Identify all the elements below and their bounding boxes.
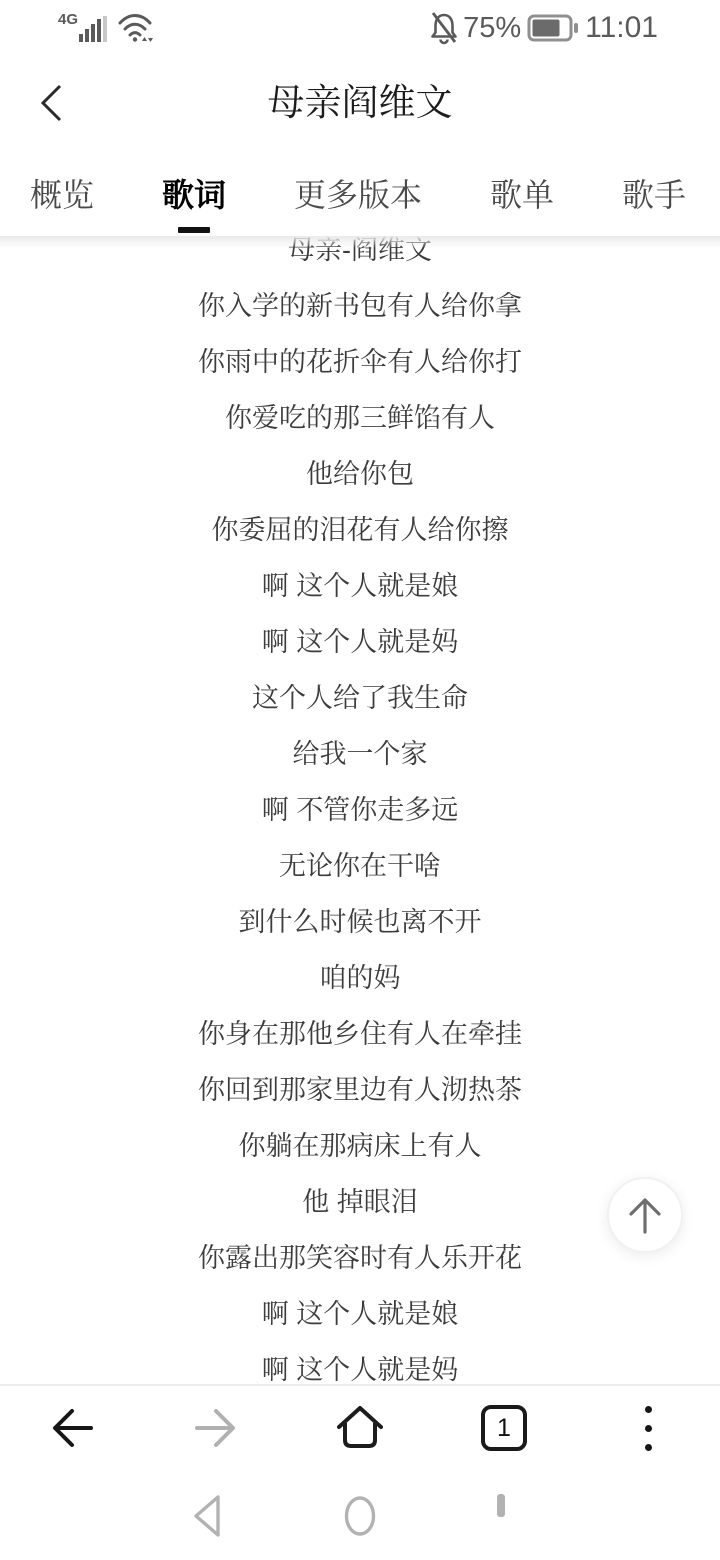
- cellular-signal-icon: [79, 10, 109, 44]
- lyric-line: 无论你在干啥: [0, 838, 720, 894]
- lyric-line: 你回到那家里边有人沏热茶: [0, 1062, 720, 1118]
- arrow-up-icon: [626, 1194, 664, 1236]
- tab-label: 歌单: [490, 170, 554, 216]
- arrow-right-icon: [193, 1407, 239, 1449]
- lyric-line: 啊 这个人就是妈: [0, 614, 720, 670]
- browser-toolbar: 1: [0, 1384, 720, 1470]
- tab-overview[interactable]: 概览: [30, 150, 94, 236]
- back-button[interactable]: [36, 82, 66, 124]
- tab-label: 概览: [30, 170, 94, 216]
- lyric-line: 到什么时候也离不开: [0, 894, 720, 950]
- lyric-line: 啊 不管你走多远: [0, 782, 720, 838]
- chevron-left-icon: [38, 82, 64, 124]
- lyric-line: 你入学的新书包有人给你拿: [0, 278, 720, 334]
- square-recents-icon: [497, 1494, 505, 1517]
- scroll-to-top-button[interactable]: [607, 1177, 683, 1253]
- phone-screen: 4G 75%: [0, 0, 720, 1560]
- lyric-line: 你委屈的泪花有人给你擦: [0, 502, 720, 558]
- status-left-group: 4G: [58, 10, 155, 44]
- tab-bar-shadow: [0, 236, 720, 248]
- status-bar: 4G 75%: [0, 0, 720, 56]
- status-right-group: 75% 11:01: [429, 9, 658, 47]
- battery-percent: 75%: [463, 9, 521, 47]
- page-header: 母亲阎维文: [0, 56, 720, 150]
- network-type-label: 4G: [58, 12, 78, 27]
- browser-forward-button[interactable]: [144, 1386, 288, 1470]
- system-recents-button[interactable]: [497, 1498, 505, 1513]
- page-title: 母亲阎维文: [80, 56, 640, 150]
- tab-count-icon: 1: [481, 1405, 527, 1451]
- browser-menu-button[interactable]: [576, 1386, 720, 1470]
- clock: 11:01: [585, 9, 658, 47]
- lyric-line: 啊 这个人就是娘: [0, 558, 720, 614]
- tab-artists[interactable]: 歌手: [622, 150, 686, 236]
- lyric-line: 这个人给了我生命: [0, 670, 720, 726]
- tab-playlists[interactable]: 歌单: [490, 150, 554, 236]
- lyric-line: 他给你包: [0, 446, 720, 502]
- tab-lyrics[interactable]: 歌词: [162, 150, 226, 236]
- lyric-line: 你身在那他乡住有人在牵挂: [0, 1006, 720, 1062]
- kebab-menu-icon: [645, 1400, 652, 1457]
- lyric-line: 你雨中的花折伞有人给你打: [0, 334, 720, 390]
- arrow-left-icon: [49, 1407, 95, 1449]
- active-tab-underline: [178, 227, 210, 233]
- system-back-button[interactable]: [191, 1492, 223, 1543]
- browser-home-button[interactable]: [288, 1386, 432, 1470]
- tab-label: 歌词: [162, 170, 226, 216]
- circle-home-icon: [343, 1494, 377, 1538]
- tab-label: 更多版本: [294, 170, 422, 216]
- tab-label: 歌手: [622, 170, 686, 216]
- lyric-line: 给我一个家: [0, 726, 720, 782]
- home-icon: [335, 1405, 385, 1451]
- battery-icon: [527, 10, 579, 46]
- browser-tabs-button[interactable]: 1: [432, 1386, 576, 1470]
- notifications-muted-icon: [429, 10, 459, 46]
- tab-count: 1: [497, 1414, 511, 1443]
- system-home-button[interactable]: [343, 1494, 377, 1541]
- wifi-icon: [117, 10, 155, 44]
- tab-more-versions[interactable]: 更多版本: [294, 150, 422, 236]
- lyric-line: 啊 这个人就是娘: [0, 1286, 720, 1342]
- lyric-line: 啊 这个人就是妈: [0, 1342, 720, 1384]
- lyric-line: 你露出那笑容时有人乐开花: [0, 1230, 720, 1286]
- browser-back-button[interactable]: [0, 1386, 144, 1470]
- tab-bar: 概览 歌词 更多版本 歌单 歌手: [0, 150, 720, 236]
- lyric-line: 你躺在那病床上有人: [0, 1118, 720, 1174]
- system-navigation-bar: [0, 1470, 720, 1560]
- lyric-line: 咱的妈: [0, 950, 720, 1006]
- triangle-back-icon: [191, 1492, 223, 1540]
- lyric-line: 你爱吃的那三鲜馅有人: [0, 390, 720, 446]
